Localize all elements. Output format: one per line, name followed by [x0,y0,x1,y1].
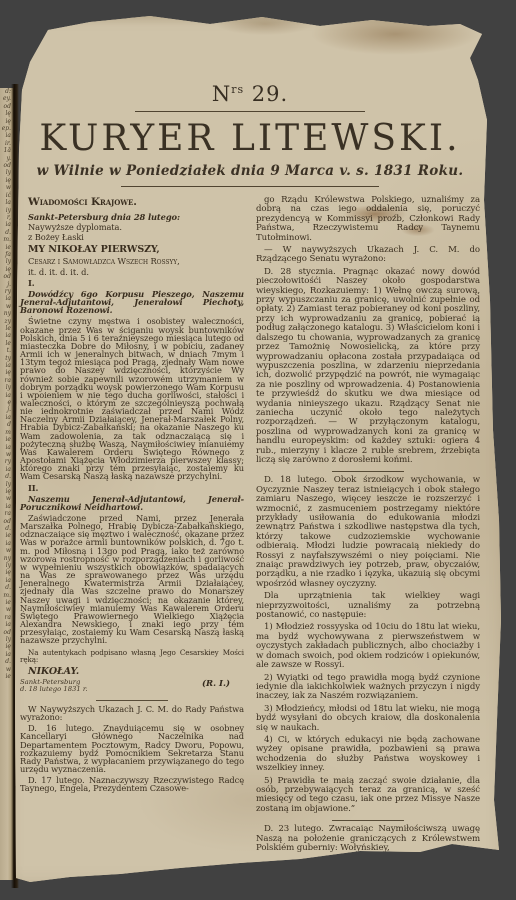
numbered-rule-item: 4) Ci, w których edukacyi nie będą zacho… [256,736,480,774]
column-left: Wiadomości Krajowe. Sankt-Petersburg dni… [20,196,244,853]
ukase-lead-paragraph: — W naywyższych Ukazach J. C. M. do Rząd… [256,246,480,265]
masthead: Nrs 29. KURYER LITEWSKI. w Wilnie w Poni… [20,82,480,187]
scanned-newspaper-screenshot: { "page": { "background_color": "#414141… [0,0,516,900]
masthead-rule-bottom [121,186,379,187]
signature-row: Sankt-Petersburg d. 18 lutego 1831 r. (R… [20,679,244,694]
ukase-paragraph: D. 28 stycznia. Pragnąc okazać nowy dowó… [256,268,480,466]
masthead-rule-top [135,111,365,112]
column-right: go Rządu Królewstwa Polskiego, uznaliśmy… [256,196,480,853]
section-heading: Wiadomości Krajowe. [20,196,244,208]
newspaper-page: Nrs 29. KURYER LITEWSKI. w Wilnie w Poni… [0,0,516,900]
ukase-paragraph: D. 18 lutego. Obok śrzodkow wychowania, … [256,476,480,589]
numbered-rule-item: 1) Młodzież rossyyska od 10ciu do 18tu l… [256,623,480,670]
article-columns: Wiadomości Krajowe. Sankt-Petersburg dni… [20,196,480,853]
issue-number: Nrs 29. [20,82,480,106]
section-divider-rule [96,700,168,701]
masthead-dateline: w Wilnie w Poniedziałek dnia 9 Marca v. … [20,163,480,179]
ukase-paragraph: Dla uprzątnienia tak wielkiey wagi niepr… [256,592,480,620]
section-divider-rule [332,471,404,472]
ukase-paragraph: D. 23 lutego. Zwracaiąc Naymiłościwszą u… [256,825,480,853]
newspaper-title: KURYER LITEWSKI. [20,118,480,159]
section-numeral: I. [20,279,244,287]
numbered-rule-item: 2) Wyiątki od tego prawidła mogą bydź cz… [256,674,480,702]
decree-paragraph: Świetne czyny męstwa i osobistey waleczn… [20,317,244,480]
issue-value: 29. [252,82,288,106]
issue-prefix: N [212,82,231,106]
addressee-paragraph: Dowódźcy 6go Korpusu Pieszego, Naszemu J… [20,290,244,314]
ukase-paragraph: D. 16 lutego. Znayduiącemu się w osobney… [20,724,244,773]
section-divider-rule [332,820,404,821]
invocation-line: z Bożey Łaski [20,233,244,241]
signature-name: NIKOŁAY. [20,666,244,677]
decree-paragraph: Zaświadczone przed Nami, przez Jenerała … [20,514,244,645]
page-content: Nrs 29. KURYER LITEWSKI. w Wilnie w Poni… [0,0,516,853]
dateline-paragraph: Sankt-Petersburg dnia 28 lutego: [20,213,244,221]
numbered-rule-item: 5) Prawidła te maią zacząć swoie działan… [256,777,480,815]
continued-paragraph: go Rządu Królewstwa Polskiego, uznaliśmy… [256,196,480,243]
signature-note: Na autentykach podpisano własną Jego Ces… [20,649,244,664]
issue-superscript: rs [231,83,244,96]
etcetera-line: it. d. it. d. it. d. [20,268,244,276]
subheading: Naywyższe dyplomata. [20,223,244,231]
ukase-lead-paragraph: W Naywyższych Ukazach J. C. M. do Rady P… [20,705,244,721]
section-numeral: II. [20,484,244,492]
addressee-paragraph: Naszemu Jenerał-Adjutantowi, Jenerał-Por… [20,495,244,511]
signature-place-date: Sankt-Petersburg d. 18 lutego 1831 r. [20,679,88,694]
ukase-paragraph: D. 17 lutego. Naznaczywszy Rzeczywistego… [20,776,244,792]
signature-initials: (R. I.) [202,679,244,689]
tsar-name-line: MY NIKOŁAY PIERWSZY, [20,244,244,255]
tsar-title-line: Cesarz i Samowładzca Wszech Rossyy, [20,257,244,265]
numbered-rule-item: 3) Młodzieńcy, młodsi od 18tu lat wieku,… [256,705,480,733]
